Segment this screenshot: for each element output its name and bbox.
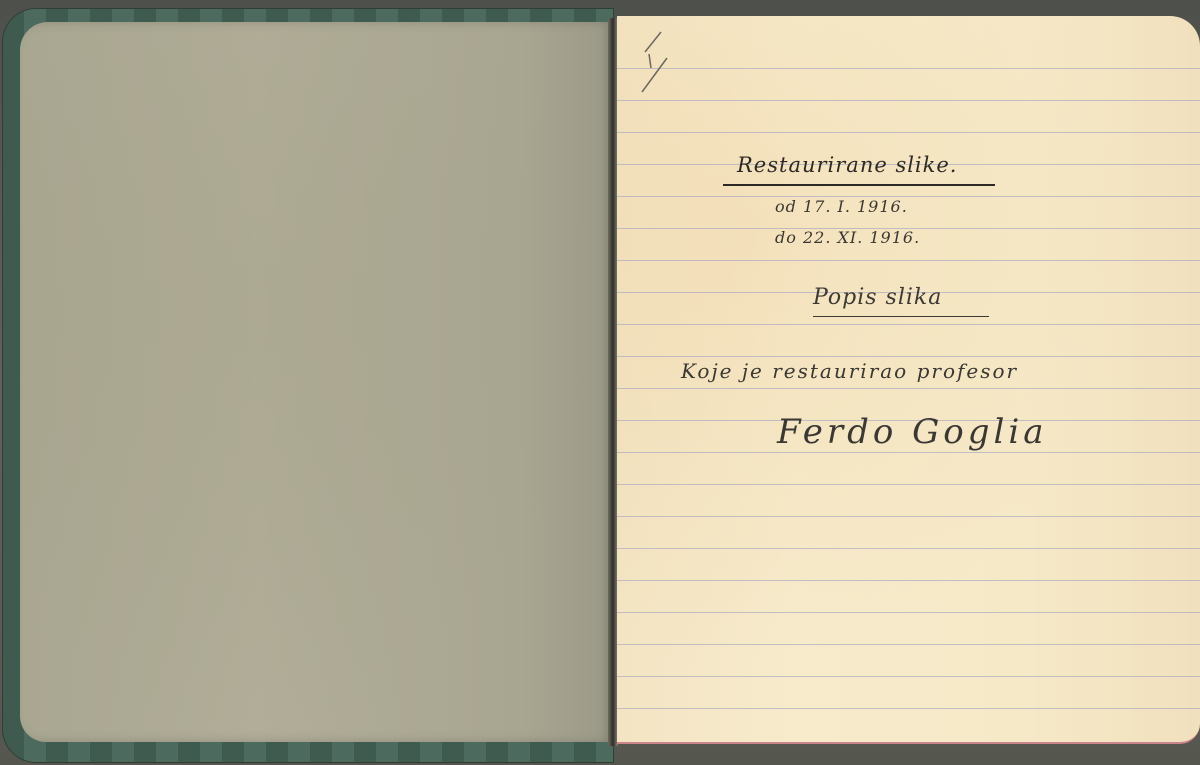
date-from: od 17. I. 1916. <box>775 197 908 216</box>
ruled-line <box>617 100 1200 101</box>
date-to: do 22. XI. 1916. <box>775 228 920 247</box>
ruled-line <box>617 516 1200 517</box>
ruled-line <box>617 708 1200 709</box>
document-title: Restaurirane slike. <box>737 153 957 177</box>
ruled-line <box>617 196 1200 197</box>
ruled-line <box>617 388 1200 389</box>
page-number-mark <box>639 26 669 96</box>
ruled-line <box>617 452 1200 453</box>
title-underline <box>723 184 995 186</box>
left-endpaper <box>20 22 612 742</box>
ruled-line <box>617 644 1200 645</box>
ruled-line <box>617 68 1200 69</box>
subtitle-underline <box>813 316 989 317</box>
ruled-line <box>617 612 1200 613</box>
ruled-line <box>617 580 1200 581</box>
ruled-line <box>617 324 1200 325</box>
byline: Koje je restaurirao profesor <box>681 359 1018 383</box>
ruled-line <box>617 676 1200 677</box>
ruled-line <box>617 132 1200 133</box>
restorer-name: Ferdo Goglia <box>777 412 1048 452</box>
ruled-line <box>617 484 1200 485</box>
ruled-line <box>617 260 1200 261</box>
ruled-line <box>617 356 1200 357</box>
document-subtitle: Popis slika <box>813 285 942 310</box>
ruled-line <box>617 548 1200 549</box>
right-page: Restaurirane slike. od 17. I. 1916. do 2… <box>617 16 1200 744</box>
